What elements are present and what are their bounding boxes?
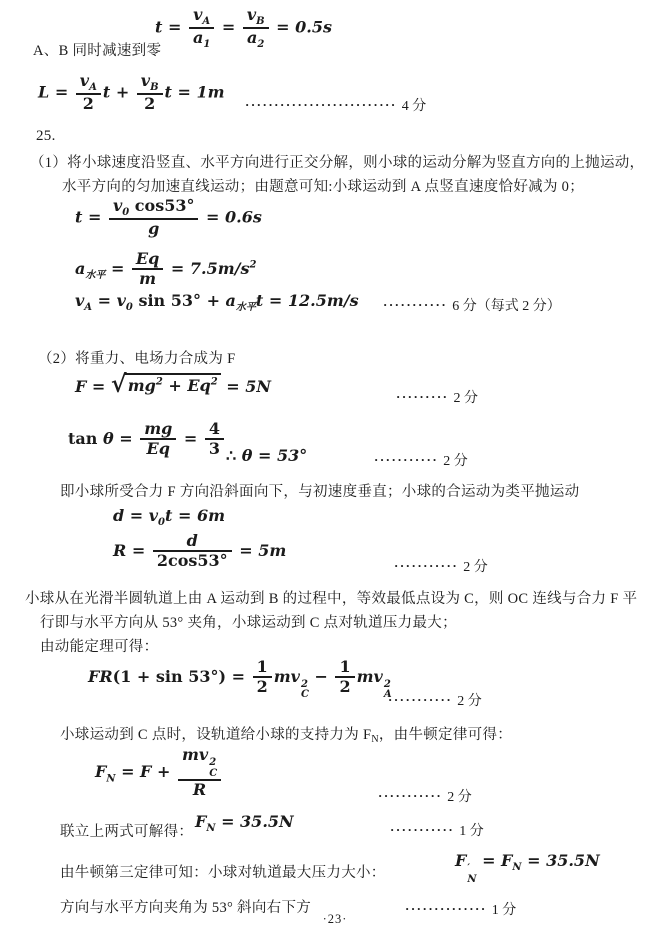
dotted-leader: ··········· bbox=[390, 822, 454, 837]
score-mark-2pts-a: ·········2 分 bbox=[396, 387, 478, 407]
score-mark-6pts: ···········6 分（每式 2 分） bbox=[383, 295, 561, 315]
score-label: 2 分 bbox=[454, 391, 479, 406]
paragraph-part1-line1: （1）将小球速度沿竖直、水平方向进行正交分解，则小球的运动分解为竖直方向的上抛运… bbox=[30, 151, 644, 172]
paragraph-newton-third-law: 由牛顿第三定律可知：小球对轨道最大压力大小： bbox=[60, 861, 386, 882]
dotted-leader: ··········· bbox=[388, 692, 452, 707]
score-label: 2 分 bbox=[447, 790, 472, 805]
formula-resultant-force-F: F = √mg2 + Eq2 = 5N bbox=[75, 373, 271, 396]
score-label: 1 分 bbox=[459, 824, 484, 839]
score-label: 2 分 bbox=[443, 454, 468, 469]
score-label: 2 分 bbox=[463, 560, 488, 575]
paragraph-track-line2: 行即与水平方向从 53° 夹角，小球运动到 C 点对轨道压力最大； bbox=[40, 611, 457, 632]
formula-velocity-at-A: vA = v0 sin 53° + a水平t = 12.5m/s bbox=[75, 291, 359, 313]
formula-L-distance: L = vA2t + vB2t = 1m bbox=[38, 72, 225, 114]
dotted-leader: ········· bbox=[396, 389, 449, 404]
formula-radius-5m: R = d2cos53° = 5m bbox=[113, 532, 286, 571]
score-mark-1pt-a: ···········1 分 bbox=[390, 820, 484, 840]
paragraph-track-line1: 小球从在光滑半圆轨道上由 A 运动到 B 的过程中，等效最低点设为 C，则 OC… bbox=[25, 587, 637, 608]
dotted-leader: ·············· bbox=[405, 901, 487, 916]
document-page: t = vAa1 = vBa2 = 0.5s A、B 同时减速到零 L = vA… bbox=[0, 0, 670, 928]
formula-newton-at-C: FN = F + mv2CR bbox=[95, 746, 223, 799]
score-label: 2 分 bbox=[457, 694, 482, 709]
formula-t-equal-va-a1: t = vAa1 = vBa2 = 0.5s bbox=[155, 6, 332, 50]
score-label: 1 分 bbox=[492, 903, 517, 918]
score-label: 6 分（每式 2 分） bbox=[452, 299, 561, 314]
paragraph-kinetic-energy-theorem: 由动能定理可得： bbox=[40, 635, 158, 656]
score-mark-4pts: ··························4 分 bbox=[245, 95, 426, 115]
formula-d-6m: d = v0t = 6m bbox=[113, 506, 225, 528]
dotted-leader: ··········· bbox=[383, 297, 447, 312]
paragraph-part1-line2: 水平方向的匀加速直线运动；由题意可知:小球运动到 A 点竖直速度恰好减为 0； bbox=[62, 175, 584, 196]
dotted-leader: ··········· bbox=[394, 558, 458, 573]
formula-FN-35-5N: FN = 35.5N bbox=[195, 812, 294, 834]
score-mark-2pts-c: ···········2 分 bbox=[394, 556, 488, 576]
support-force-text-post: ，由牛顿定律可得： bbox=[379, 727, 512, 743]
formula-horizontal-acceleration: a水平 = Eqm = 7.5m/s2 bbox=[75, 250, 256, 289]
page-number: ·23· bbox=[323, 912, 348, 927]
text-ab-decelerate-to-zero: A、B 同时减速到零 bbox=[33, 39, 161, 60]
paragraph-force-direction: 即小球所受合力 F 方向沿斜面向下，与初速度垂直；小球的合运动为类平抛运动 bbox=[60, 480, 579, 501]
paragraph-combine-equations: 联立上两式可解得： bbox=[60, 820, 193, 841]
support-force-subscript: N bbox=[371, 734, 379, 745]
score-label: 4 分 bbox=[402, 99, 427, 114]
score-mark-2pts-d: ···········2 分 bbox=[388, 690, 482, 710]
support-force-text-pre: 小球运动到 C 点时，设轨道给小球的支持力为 F bbox=[60, 727, 371, 743]
paragraph-force-direction-final: 方向与水平方向夹角为 53° 斜向右下方 bbox=[60, 896, 311, 917]
formula-work-energy: FR(1 + sin 53°) = 12mv2C − 12mv2A bbox=[88, 658, 392, 701]
score-mark-1pt-b: ··············1 分 bbox=[405, 899, 516, 919]
dotted-leader: ··········· bbox=[378, 788, 442, 803]
dotted-leader: ·························· bbox=[245, 97, 397, 112]
formula-theta-53deg: ∴ θ = 53° bbox=[226, 446, 307, 465]
formula-tan-theta: tan θ = mgEq = 43 bbox=[68, 420, 226, 459]
dotted-leader: ··········· bbox=[374, 452, 438, 467]
score-mark-2pts-e: ···········2 分 bbox=[378, 786, 472, 806]
formula-time-0-6s: t = v0 cos53°g = 0.6s bbox=[75, 197, 262, 239]
paragraph-point-C-support-force: 小球运动到 C 点时，设轨道给小球的支持力为 FN，由牛顿定律可得： bbox=[60, 723, 512, 745]
question-number-25: 25. bbox=[36, 128, 56, 145]
score-mark-2pts-b: ···········2 分 bbox=[374, 450, 468, 470]
formula-reaction-force: F′N = FN = 35.5N bbox=[455, 851, 600, 885]
paragraph-part2-intro: （2）将重力、电场力合成为 F bbox=[38, 347, 235, 368]
